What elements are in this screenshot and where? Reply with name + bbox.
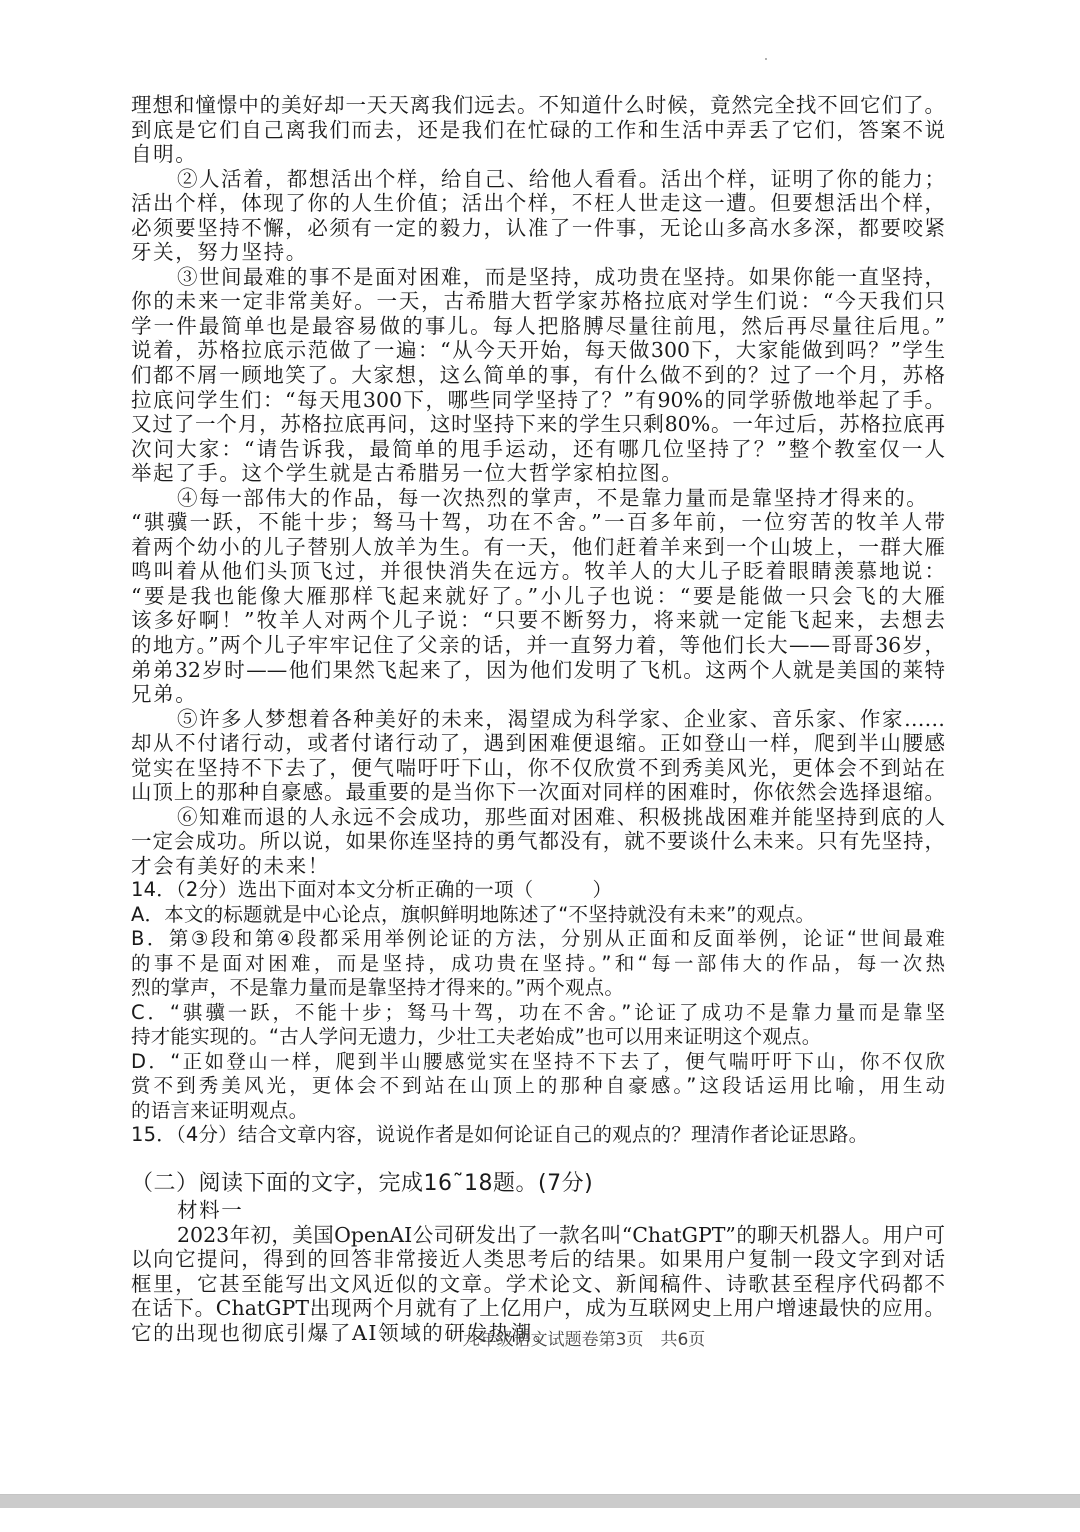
passage-line: 说着，苏格拉底示范做了一遍：“从今天开始，每天做300下，大家能做到吗？”学生 xyxy=(131,338,945,363)
option-c-line: 持才能实现的。“古人学问无遗力，少壮工夫老始成”也可以用来证明这个观点。 xyxy=(131,1025,945,1050)
questions-block: 14．（2分）选出下面对本文分析正确的一项（ ）A．本文的标题就是中心论点，旗帜… xyxy=(131,878,945,1148)
question-14-stem: 14．（2分）选出下面对本文分析正确的一项（ ） xyxy=(131,878,945,903)
passage-line: 兄弟。 xyxy=(131,682,945,707)
option-d-line: 的语言来证明观点。 xyxy=(131,1099,945,1124)
exam-page: 理想和憧憬中的美好却一天天离我们远去。不知道什么时候，竟然完全找不回它们了。到底… xyxy=(0,0,1080,1532)
passage-line: 才会有美好的未来！ xyxy=(131,854,945,879)
page-footer: 九年级语文试题卷第3页 共6页 xyxy=(0,1330,1080,1350)
option-d-line: D．“正如登山一样，爬到半山腰感觉实在坚持不下去了，便气喘吁吁下山，你不仅欣 xyxy=(131,1050,945,1075)
passage-line: 牙关，努力坚持。 xyxy=(131,240,945,265)
material-label: 材料一 xyxy=(131,1198,945,1223)
passage-line: 你的未来一定非常美好。一天，古希腊大哲学家苏格拉底对学生们说：“今天我们只 xyxy=(131,289,945,314)
passage-line: ④每一部伟大的作品，每一次热烈的掌声，不是靠力量而是靠坚持才得来的。 xyxy=(131,486,945,511)
material-one-block: 材料一2023年初，美国OpenAI公司研发出了一款名叫“ChatGPT”的聊天… xyxy=(131,1198,945,1345)
page-number-label: 九年级语文试题卷第3页 共6页 xyxy=(463,1330,706,1350)
material-line: 以向它提问，得到的回答非常接近人类思考后的结果。如果用户复制一段文字到对话 xyxy=(131,1247,945,1272)
passage-line: 该多好啊！”牧羊人对两个儿子说：“只要不断努力，将来就一定能飞起来，去想去 xyxy=(131,608,945,633)
option-b-line: 烈的掌声，不是靠力量而是靠坚持才得来的。”两个观点。 xyxy=(131,976,945,1001)
scan-speck xyxy=(765,58,767,60)
option-a-line: A．本文的标题就是中心论点，旗帜鲜明地陈述了“不坚持就没有未来”的观点。 xyxy=(131,903,945,928)
passage-line: 理想和憧憬中的美好却一天天离我们远去。不知道什么时候，竟然完全找不回它们了。 xyxy=(131,93,945,118)
section-two-header: （二）阅读下面的文字，完成16˜18题。(7分) xyxy=(131,1168,593,1200)
passage-line: 活出个样，体现了你的人生价值；活出个样，不枉人世走这一遭。但要想活出个样， xyxy=(131,191,945,216)
passage-line: ⑤许多人梦想着各种美好的未来，渴望成为科学家、企业家、音乐家、作家…… xyxy=(131,707,945,732)
passage-line: 又过了一个月，苏格拉底再问，这时坚持下来的学生只剩80%。一年过后，苏格拉底再 xyxy=(131,412,945,437)
passage-line: ⑥知难而退的人永远不会成功，那些面对困难、积极挑战困难并能坚持到底的人 xyxy=(131,805,945,830)
passage-line: 次问大家：“请告诉我，最简单的甩手运动，还有哪几位坚持了？”整个教室仅一人 xyxy=(131,437,945,462)
passage-line: 着两个幼小的儿子替别人放羊为生。有一天，他们赶着羊来到一个山坡上，一群大雁 xyxy=(131,535,945,560)
passage-line: 自明。 xyxy=(131,142,945,167)
passage-line: 学一件最简单也是最容易做的事儿。每人把胳膊尽量往前甩，然后再尽量往后甩。” xyxy=(131,314,945,339)
passage-line: 拉底问学生们：“每天甩300下，哪些同学坚持了？”有90%的同学骄傲地举起了手。 xyxy=(131,388,945,413)
passage-line: 们都不屑一顾地笑了。大家想，这么简单的事，有什么做不到的？过了一个月，苏格 xyxy=(131,363,945,388)
passage-line: ③世间最难的事不是面对困难，而是坚持，成功贵在坚持。如果你能一直坚持， xyxy=(131,265,945,290)
passage-line: “要是我也能像大雁那样飞起来就好了。”小儿子也说：“要是能做一只会飞的大雁 xyxy=(131,584,945,609)
passage-line: 举起了手。这个学生就是古希腊另一位大哲学家柏拉图。 xyxy=(131,461,945,486)
option-b-line: B．第③段和第④段都采用举例论证的方法，分别从正面和反面举例，论证“世间最难 xyxy=(131,927,945,952)
material-line: 框里，它甚至能写出文风近似的文章。学术论文、新闻稿件、诗歌甚至程序代码都不 xyxy=(131,1272,945,1297)
passage-line: 山顶上的那种自豪感。最重要的是当你下一次面对同样的困难时，你依然会选择退缩。 xyxy=(131,780,945,805)
passage-line: 觉实在坚持不下去了，便气喘吁吁下山，你不仅欣赏不到秀美风光，更体会不到站在 xyxy=(131,756,945,781)
passage-line: 却从不付诸行动，或者付诸行动了，遇到困难便退缩。正如登山一样，爬到半山腰感 xyxy=(131,731,945,756)
passage-line: “骐骥一跃，不能十步；驽马十驾，功在不舍。”一百多年前，一位穷苦的牧羊人带 xyxy=(131,510,945,535)
option-d-line: 赏不到秀美风光，更体会不到站在山顶上的那种自豪感。”这段话运用比喻，用生动 xyxy=(131,1074,945,1099)
option-b-line: 的事不是面对困难，而是坚持，成功贵在坚持。”和“每一部伟大的作品，每一次热 xyxy=(131,952,945,977)
passage-line: 的地方。”两个儿子牢牢记住了父亲的话，并一直努力着，等他们长大——哥哥36岁， xyxy=(131,633,945,658)
passage-text: 理想和憧憬中的美好却一天天离我们远去。不知道什么时候，竟然完全找不回它们了。到底… xyxy=(131,93,945,879)
passage-line: 必须要坚持不懈，必须有一定的毅力，认准了一件事，无论山多高水多深，都要咬紧 xyxy=(131,216,945,241)
passage-line: 鸣叫着从他们头顶飞过，并很快消失在远方。牧羊人的大儿子眨着眼睛羡慕地说： xyxy=(131,559,945,584)
option-c-line: C．“骐骥一跃，不能十步；驽马十驾，功在不舍。”论证了成功不是靠力量而是靠坚 xyxy=(131,1001,945,1026)
material-line: 在话下。ChatGPT出现两个月就有了上亿用户，成为互联网史上用户增速最快的应用… xyxy=(131,1296,945,1321)
viewer-bottom-bar xyxy=(0,1494,1080,1508)
passage-line: 到底是它们自己离我们而去，还是我们在忙碌的工作和生活中弄丢了它们，答案不说 xyxy=(131,118,945,143)
passage-line: 一定会成功。所以说，如果你连坚持的勇气都没有，就不要谈什么未来。只有先坚持， xyxy=(131,829,945,854)
material-line: 2023年初，美国OpenAI公司研发出了一款名叫“ChatGPT”的聊天机器人… xyxy=(131,1223,945,1248)
passage-line: ②人活着，都想活出个样，给自己、给他人看看。活出个样，证明了你的能力； xyxy=(131,167,945,192)
passage-line: 弟弟32岁时——他们果然飞起来了，因为他们发明了飞机。这两个人就是美国的莱特 xyxy=(131,658,945,683)
question-15-stem: 15．（4分）结合文章内容，说说作者是如何论证自己的观点的？理清作者论证思路。 xyxy=(131,1123,945,1148)
